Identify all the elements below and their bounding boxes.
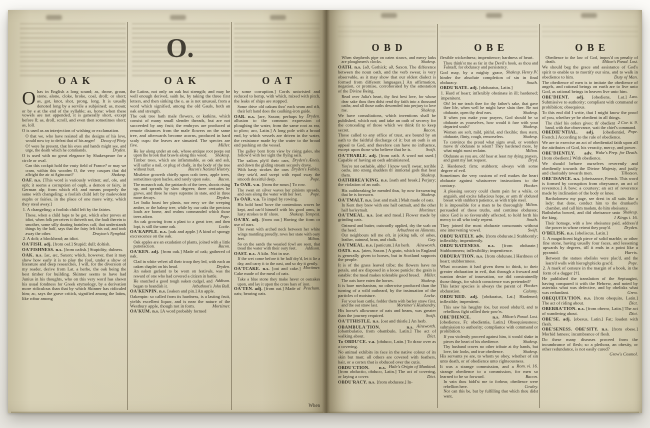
dictionary-entry: To OAR. v.n. [from the noun.] To row. — [234, 183, 320, 188]
paragraph: Sometimes the very custom of evil makes … — [440, 175, 538, 189]
quote-attribution: Mortimer. — [210, 305, 230, 310]
showthrough-text — [338, 26, 436, 40]
headword: To OBDU'CE. v.a. — [338, 340, 377, 345]
dictionary-entry: To OBDU'CE. v.a. [obduco, Latin.] To dra… — [338, 340, 436, 350]
signature-mark — [270, 15, 286, 20]
quote-attribution: Milton. — [523, 149, 538, 154]
dictionary-entry: OBERRA'TION. n.s. [from oberro, Latin.] … — [542, 307, 638, 317]
paragraph: The swan on silver waves her pinions spr… — [238, 188, 321, 197]
paragraph: The swan with arched neck between her wh… — [238, 228, 321, 242]
paragraph: Our neighbours tell me oft, in joking ta… — [342, 234, 437, 243]
paragraph: Obdurate as you are, oh! hear at least m… — [444, 155, 539, 164]
catchword: When — [234, 404, 320, 409]
paragraph: Oh! let me teach thee for thy father's s… — [444, 102, 539, 116]
headword: OATH. n.s. — [338, 65, 363, 70]
quote-attribution: 1 Kings i. 16. — [611, 216, 638, 221]
headword: OBDU'RATE. adj. — [440, 86, 479, 91]
quote-attribution: Miller. — [215, 144, 230, 149]
paragraph: His horse's allowance of oats and beans,… — [338, 309, 436, 319]
headword: OA'FISH. adj. — [22, 242, 53, 247]
quote-attribution: Drayton's Nymphid. — [90, 232, 126, 237]
column-rule — [539, 24, 540, 408]
paragraph: 2. Hardened; firm; stubborn; always with… — [441, 164, 538, 174]
paragraph: The obedience of men is to imitate the o… — [542, 81, 638, 95]
paragraph: Do these many diseases proceed from the … — [542, 338, 638, 352]
dictionary-entry: OBE'ISANCE. n.s. [obeissance, French. Th… — [542, 177, 638, 196]
showthrough-text — [440, 26, 538, 40]
paragraph: 2. A mark of censure in the margin of a … — [543, 267, 638, 277]
paragraph: Bartholomew my page, see drest in all su… — [546, 197, 638, 211]
dictionary-entry: OBE'SENESS. OBE'SITY. n.s. [from obese.]… — [542, 328, 638, 338]
paragraph: If you violently proceed against him, it… — [444, 335, 539, 344]
paragraph: So on the sands the wearied fowl are see… — [238, 242, 321, 251]
dictionary-entry: OA'KUM. n.s. [A word probably formed — [130, 310, 230, 315]
showthrough-text — [542, 26, 638, 40]
dictionary-entry: OBEQUITA'TION. n.s. [from obequito, Lati… — [542, 297, 638, 307]
paragraph: A pleasing sorcery could charm pain for … — [444, 190, 539, 204]
text-column-right-1: When shepherds pipe on oaten straws, and… — [338, 56, 436, 406]
headword: OBE'DIENCE. n.s. — [440, 315, 500, 320]
paragraph: Nor can this be, but by fulfilling that … — [444, 390, 539, 399]
dictionary-entry: OBDU'RED. adj. [obduratus, Lat.] Hardene… — [440, 295, 538, 305]
headword: OA'FISHNESS. n.s. — [22, 247, 64, 252]
paragraph: No animal exhibits its face in the nativ… — [338, 351, 436, 365]
showthrough-text — [20, 23, 126, 77]
paragraph: This saw his haughty foe, but stood obdu… — [444, 306, 539, 315]
dictionary-entry: OBDU'RATENESS. n.s. [from obdurate.] Stu… — [440, 245, 538, 255]
book-gutter — [322, 10, 330, 413]
quote-attribution: Mortimer. — [301, 267, 320, 272]
paragraph: Some drive old oakum thro' each seam and… — [238, 105, 321, 114]
paragraph: We should behave ourselves reverently an… — [542, 162, 638, 176]
headword: OBDU'RATENESS. n.s. — [440, 244, 502, 249]
paragraph: His servants ye are, to whom ye obey, wh… — [440, 355, 538, 365]
headword: OBE'DIENTLY. adv. — [542, 151, 593, 156]
quote-attribution: Locke. — [421, 294, 436, 299]
quote-attribution: Shakesp. — [520, 135, 538, 140]
text-column-left-2: the Latins, not only an oak but strength… — [130, 90, 230, 412]
dictionary-entry: OBEDIE'NTIAL. adj. [obedientiel, French.… — [542, 131, 638, 141]
headword: OBERRA'TION. n.s. — [542, 307, 586, 312]
running-head-obe-2: OBE — [542, 43, 638, 54]
running-head-oat: OAT — [234, 76, 320, 87]
paragraph: An oaken garland to be worn on festivals… — [134, 270, 231, 279]
headword: OBE'SE. adj. — [542, 317, 574, 322]
quote-attribution: 2 Cor. ii. 9. — [615, 121, 638, 126]
headword: OA'TMEAL. n.s. — [338, 213, 376, 218]
dictionary-entry: OA'TMALT. n.s. [oat and malt.] Malt made… — [338, 198, 436, 203]
running-head-obd: OBD — [338, 43, 436, 54]
column-rule — [231, 22, 232, 410]
headword: OA'TMEAL. n.s. — [338, 243, 374, 248]
left-page: O. OAK OAK OAT Ohas in English a long so… — [8, 10, 326, 413]
text-column-right-2: flexible wickedness; impenitence; hardne… — [440, 56, 538, 406]
headword: OBDURA'TION. n.s. — [440, 254, 485, 259]
dictionary-entry: O'BELISK. n.s. [obeliscus, Latin.] — [542, 231, 638, 236]
dictionary-entry: To OAR. v.a. To impel by rowing. — [234, 198, 320, 203]
quote-attribution: Peacham. — [301, 287, 320, 292]
paragraph: O is used as an interjection of wishing … — [22, 129, 126, 134]
quote-attribution: Miller. — [421, 274, 436, 279]
dictionary-entry: OATS. n.s. [aten, Saxon.] A grain, which… — [338, 249, 436, 263]
headword: OA'TEN. adj. — [234, 287, 264, 292]
dictionary-entry: OA'KEN. adj. [from oak.] Made of oak; ga… — [130, 250, 230, 260]
headword: OBEQUITA'TION. n.s. — [542, 296, 594, 301]
quote-attribution: Shakesp. Henry IV. — [503, 71, 538, 76]
drop-cap: O — [22, 91, 36, 106]
paragraph: Timber trees, which are inflammable, as … — [134, 159, 231, 173]
headword: OBDU'RED. adj. — [440, 295, 482, 300]
headword: OA'TCAKE. n.s. — [234, 267, 272, 272]
quote-attribution: Milton's Parad. Lost. — [500, 315, 538, 320]
paragraph: We have consultations, which inventions … — [338, 114, 436, 133]
dictionary-scan: O. OAK OAK OAT Ohas in English a long so… — [0, 0, 650, 428]
headword: OBE'ISANCE. n.s. — [542, 177, 582, 182]
dictionary-entry: OA'KAPPLE. n.s. [oak and apple.] A kind … — [130, 230, 230, 240]
paragraph: Their homage, with a low obeisance paid,… — [546, 222, 638, 231]
paragraph: Can this cockpit hold the vasty field of… — [26, 164, 127, 178]
quote-attribution: Bacon. — [216, 178, 230, 183]
quote-attribution: Pope. — [308, 193, 320, 198]
headword: OBE'DIENT. adj. — [542, 95, 592, 100]
quote-attribution: Decay of Piety. — [98, 139, 126, 144]
paragraph: We should beg the grace and assistance o… — [542, 66, 638, 80]
dictionary-entry: OA'RY. adj. [from oar.] Having the form … — [234, 218, 320, 228]
quote-attribution: Pope. — [218, 215, 230, 220]
paragraph: 1. A magnificent high piece of solid mar… — [543, 237, 638, 256]
dictionary-entry: OAF. n.s. [This word is variously writte… — [22, 179, 126, 208]
paragraph: In Kent they brew with one half oatmalt,… — [342, 204, 437, 213]
dictionary-entry: OBDURA'TION. n.s. [from obdurate.] Hardn… — [440, 255, 538, 265]
dictionary-entry: OAK. n.s. [ac, æc, Saxon; which, however… — [22, 254, 126, 302]
quote-attribution: Dict. — [424, 375, 436, 380]
quote-attribution: Addison. — [302, 247, 320, 252]
quote-attribution: Dryden. — [214, 196, 230, 201]
paragraph: Mistletoe groweth chiefly upon crab tree… — [134, 173, 231, 182]
quote-attribution: Milton. — [305, 237, 320, 242]
paragraph: Women are soft, mild, pitiful, and flexi… — [444, 131, 539, 140]
paragraph: He published the translation of the Sept… — [542, 277, 638, 296]
quote-attribution: South. — [524, 81, 538, 86]
quote-attribution: Dryden. — [621, 226, 637, 231]
quote-attribution: Dryden's Fables. — [289, 168, 320, 173]
headword: OA'KEN. adj. — [130, 249, 161, 254]
quote-attribution: Shakesp. — [520, 125, 538, 130]
paragraph: Oakenpin: so called from its hardness, i… — [130, 295, 230, 309]
quote-attribution: Pope. — [308, 178, 320, 183]
headword: OA'THABLE. adj. — [338, 153, 379, 158]
paragraph: If when you make your prayers, God shoul… — [444, 116, 539, 130]
quote-attribution: Shakesp. — [520, 111, 538, 116]
paragraph: 1. A changeling; a foolish child left by… — [23, 208, 126, 213]
headword: OAST. n.s. — [234, 251, 257, 256]
dictionary-entry: OBE'SE. adj. [obesus, Latin.] Fat; loade… — [542, 318, 638, 328]
quote-attribution: Duty of Man. — [611, 75, 638, 80]
headword: OATHBREA'KING. n.s. — [338, 178, 389, 183]
paragraph: These, when a child haps to be got, whic… — [26, 214, 127, 237]
text-column-left-1: Ohas in English a long sound; as, drone,… — [22, 90, 126, 412]
paragraph: What occasion it had given them to think… — [440, 265, 538, 284]
dictionary-entry: OBE'DIENT. adj. [obediens, Lat.] Submiss… — [542, 96, 638, 110]
paragraph: Clad in white velvet all their troop the… — [134, 260, 231, 269]
running-head-oak-1: OAK — [24, 76, 124, 87]
headword: OBE'SENESS. OBE'SITY. n.s. — [542, 327, 612, 332]
quote-attribution: Addison. — [212, 279, 230, 284]
paragraph: the Latins, not only an oak but strength… — [130, 90, 230, 114]
headword: OAF. n.s. — [22, 178, 43, 183]
text-column-right-3: Obedience to the law of God, impos'd on … — [542, 56, 638, 406]
signature-mark — [381, 13, 397, 18]
quote-attribution: Hooker. — [521, 184, 538, 189]
running-head-obe-1: OBE — [440, 43, 538, 54]
paragraph: Oak apples are an exudation of plants, j… — [134, 240, 231, 249]
headword: OATS. n.s. — [338, 248, 362, 253]
paragraph: Thy husband craves no other tribute at t… — [444, 345, 539, 354]
quote-attribution: Harris. — [622, 251, 638, 256]
headword: OBEDIE'NTIAL. adj. — [542, 130, 603, 135]
headword: To OAR. v.a. — [234, 197, 262, 202]
paragraph: Between the statues obelisks were plac'd… — [546, 257, 638, 266]
paragraph: For your lean cattle, fodder them with b… — [342, 300, 437, 309]
paragraph: Those called to any office of trust, are… — [338, 134, 436, 153]
paragraph: 1. Hard of heart; inflexibly obstinate i… — [441, 92, 538, 102]
quote-attribution: Bacon. — [523, 375, 538, 380]
paragraph: flexible wickedness; impenitence; hardne… — [440, 56, 538, 61]
quote-attribution: Pope. — [625, 130, 637, 135]
running-head-oak-2: OAK — [130, 76, 230, 87]
paragraph: Oatmeal and butter, outwardly applied, d… — [342, 224, 437, 233]
paragraph: Read over Julia's heart, thy first best … — [342, 95, 437, 113]
signature-mark — [581, 13, 597, 18]
headword: OBDU'RACY. n.s. — [338, 380, 377, 385]
showthrough-text — [234, 23, 320, 77]
paragraph: When shepherds pipe on oaten straws, and… — [342, 56, 437, 65]
signature-mark — [486, 13, 502, 18]
paragraph: The monarch oak, the patriarch of the tr… — [134, 183, 231, 201]
paragraph: O! were he present, that his eyes and ha… — [26, 144, 127, 153]
right-page: OBD OBE OBE When shepherds pipe on oaten… — [326, 10, 642, 413]
paragraph: It is impossible for a man to be thoroug… — [440, 204, 538, 223]
quote-attribution: Dryden. — [214, 265, 230, 270]
quote-attribution: Shakesp. — [620, 211, 638, 216]
paragraph: The galley born from view by rising gale… — [238, 149, 321, 158]
headword: OA'RY. adj. — [234, 217, 262, 222]
column-rule — [437, 24, 438, 408]
paragraph: If the wet come before it be half dry'd,… — [238, 258, 321, 267]
paragraph: It is bare mechanism, no otherwise produ… — [338, 284, 436, 298]
headword: OAR. n.s. — [234, 114, 258, 119]
book-spread: O. OAK OAK OAT Ohas in English a long so… — [8, 10, 642, 413]
headword: OBDU'CTION. n.s. — [338, 365, 386, 370]
dictionary-entry: OA'TMEAL. n.s. [oat and meal.] Flower ma… — [338, 214, 436, 224]
headword: OA'TTHISTLE. n.s. — [338, 319, 381, 324]
paragraph: An oak growing from a plant to a great t… — [134, 220, 231, 229]
text-column-left-3: by some corruption.] Cords untwisted and… — [234, 90, 320, 412]
signature-mark — [170, 15, 186, 20]
column-rule — [127, 22, 128, 410]
paragraph: The oak tree hath male flowers, or katki… — [130, 115, 230, 149]
headword: OBAMBULA'TION. n.s. — [338, 324, 414, 329]
quote-attribution: Shakesp. — [520, 340, 538, 345]
headword: OA'KAPPLE. n.s. — [130, 229, 168, 234]
paragraph: You're not oathable, altho' I know you'l… — [342, 164, 437, 178]
headword: OAK. n.s. — [22, 253, 44, 258]
dictionary-entry: OA'THABLE. adj. [from oath. A word not u… — [338, 154, 436, 164]
paragraph: Thou think'st me as far in the Devil's b… — [444, 62, 539, 71]
dictionary-entry: OATHBREA'KING. n.s. [oath and break.] Pe… — [338, 178, 436, 188]
headword: OA'TMALT. n.s. — [338, 198, 374, 203]
quote-attribution: Bacon's Natural History. — [185, 168, 230, 173]
signature-mark — [46, 15, 62, 20]
paragraph: We are to exercise an act of obediential… — [542, 141, 638, 151]
paragraph: In vain thou bidd'st me to forbear, obed… — [444, 380, 539, 389]
section-letter-o: O. — [164, 34, 196, 62]
paragraph: They joined the most obdurate consonants… — [440, 224, 538, 234]
dictionary-entry: OBDU'RACY. n.s. [from obdurate.] In- — [338, 381, 436, 386]
paragraph: To this end did I write, that I might kn… — [542, 111, 638, 121]
headword: OA'KENPIN. n.s. — [130, 289, 167, 294]
paragraph: His oathbreaking he mended thus, by now … — [342, 189, 437, 198]
headword: OA'KUM. n.s. — [130, 309, 161, 314]
paragraph: O that we, who have resisted all the des… — [26, 135, 127, 144]
paragraph: Ohas in English a long sound; as, drone,… — [22, 90, 126, 129]
headword: O'BELISK. n.s. — [542, 231, 575, 236]
quote-attribution: Arbuthnot on Aliments. — [394, 229, 436, 234]
dictionary-entry: OBDU'RATELY. adv. [from obdurate.] Stubb… — [440, 234, 538, 244]
quote-attribution: Shakesp. — [212, 154, 230, 159]
paragraph: Take a blue stone they make haver or oat… — [238, 278, 321, 287]
quote-attribution: Cowley. — [522, 385, 538, 390]
headword: OBDU'RATELY. adv. — [440, 234, 486, 239]
quote-attribution: Dryden's Æneis. — [290, 158, 320, 163]
dictionary-entry: OATH. n.s. [að, Gothick; að, Saxon. The … — [338, 66, 436, 95]
dictionary-entry: OAST. n.s. A kiln. Not in use. — [234, 252, 320, 257]
paragraph: He lay along under an oak, whose antique… — [134, 149, 231, 158]
paragraph: O is used with no great elegance by Shak… — [22, 154, 126, 164]
quote-attribution: Grew's Cosmol. — [607, 353, 638, 358]
paragraph: Obedience to the law of God, impos'd on … — [546, 56, 638, 65]
paragraph: by some corruption.] Cords untwisted and… — [234, 90, 320, 104]
dictionary-entry: OAR. n.s. [are, Saxon; perhaps by allusi… — [234, 115, 320, 149]
paragraph: It is of the grass leaved tribe; the flo… — [338, 264, 436, 278]
headword: To OAR. v.n. — [234, 182, 262, 187]
paragraph: His bold head 'bove the contentious wave… — [238, 204, 321, 218]
paragraph: Let India boast her plants, nor envy we … — [134, 202, 231, 220]
paragraph: To convince the proud what signs avail, … — [444, 140, 539, 154]
